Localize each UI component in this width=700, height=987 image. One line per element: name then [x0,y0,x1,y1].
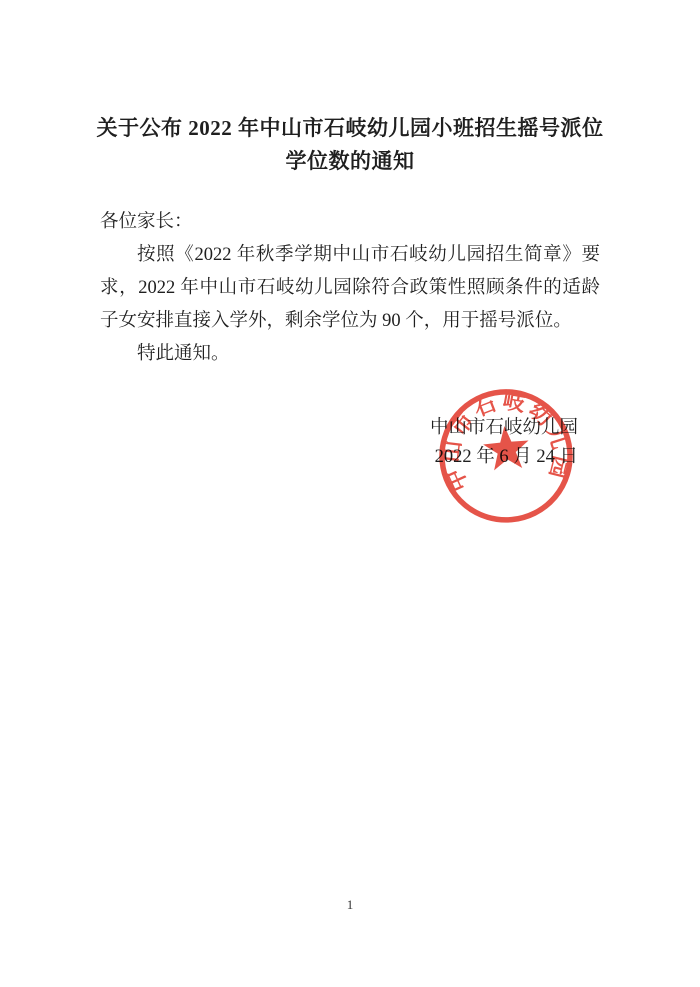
signature-date: 2022 年 6 月 24 日 [430,443,578,472]
signature-org: 中山市石岐幼儿园 [430,414,578,443]
body-line: 求，2022 年中山市石岐幼儿园除符合政策性照顾条件的适龄 [100,272,600,305]
closing-line: 特此通知。 [100,338,600,371]
body-line: 按照《2022 年秋季学期中山市石岐幼儿园招生简章》要 [100,239,600,272]
signature-block: 中山市石岐幼儿园 2022 年 6 月 24 日 [430,414,578,471]
body-line: 子女安排直接入学外，剩余学位为 90 个，用于摇号派位。 [100,305,600,338]
notice-page: 关于公布 2022 年中山市石岐幼儿园小班招生摇号派位 学位数的通知 各位家长：… [0,0,700,987]
title-line-2: 学位数的通知 [0,145,700,178]
notice-title: 关于公布 2022 年中山市石岐幼儿园小班招生摇号派位 学位数的通知 [0,112,700,178]
greeting-line: 各位家长： [100,206,600,239]
page-number: 1 [0,897,700,913]
notice-body: 各位家长： 按照《2022 年秋季学期中山市石岐幼儿园招生简章》要 求，2022… [100,206,600,371]
title-line-1: 关于公布 2022 年中山市石岐幼儿园小班招生摇号派位 [0,112,700,145]
